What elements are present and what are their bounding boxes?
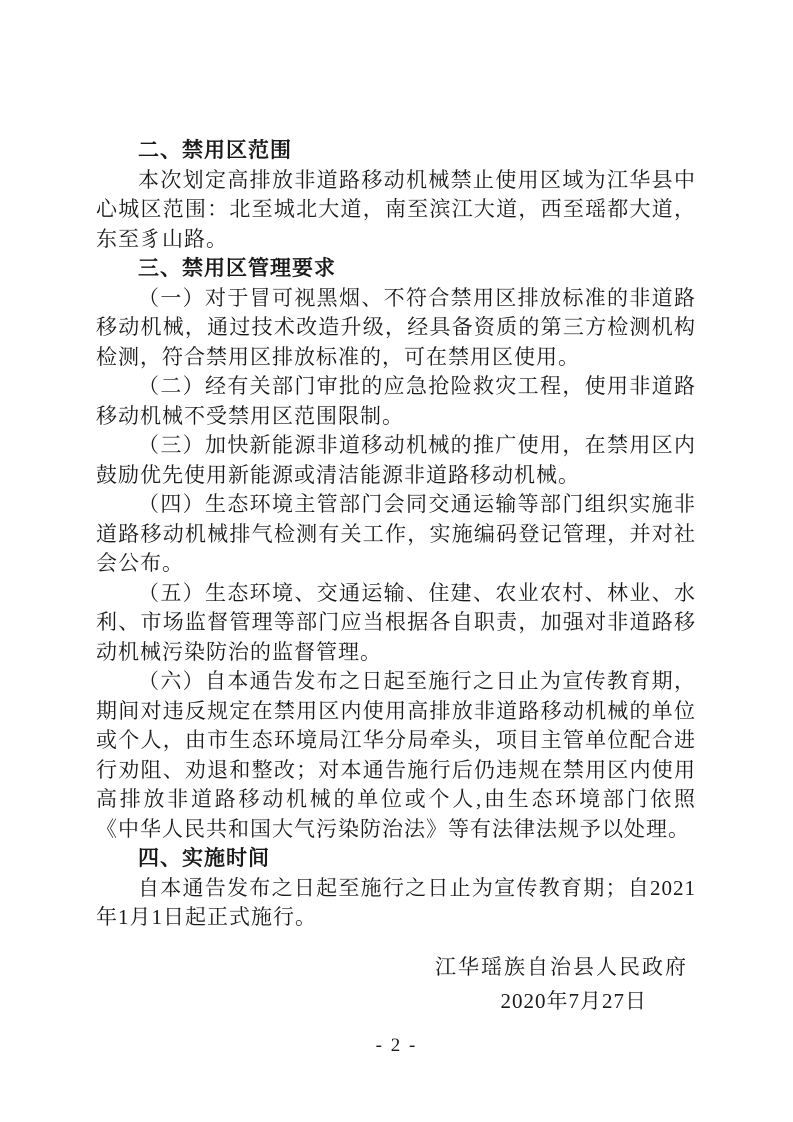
section-heading-implementation-time: 四、实施时间 [96,844,696,874]
page-number: - 2 - [0,1034,793,1058]
signature-date: 2020年7月27日 [501,987,648,1017]
document-page: 二、禁用区范围 本次划定高排放非道路移动机械禁止使用区域为江华县中心城区范围：北… [0,0,793,1122]
section-heading-forbidden-zone-scope: 二、禁用区范围 [96,136,696,166]
paragraph: （三）加快新能源非道移动机械的推广使用，在禁用区内鼓励优先使用新能源或清洁能源非… [96,431,696,490]
paragraph: 本次划定高排放非道路移动机械禁止使用区域为江华县中心城区范围：北至城北大道，南至… [96,166,696,255]
paragraph: （二）经有关部门审批的应急抢险救灾工程，使用非道路移动机械不受禁用区范围限制。 [96,372,696,431]
paragraph: （一）对于冒可视黑烟、不符合禁用区排放标准的非道路移动机械，通过技术改造升级，经… [96,284,696,373]
paragraph: （四）生态环境主管部门会同交通运输等部门组织实施非道路移动机械排气检测有关工作，… [96,490,696,579]
paragraph: （六）自本通告发布之日起至施行之日止为宣传教育期，期间对违反规定在禁用区内使用高… [96,667,696,844]
paragraph: （五）生态环境、交通运输、住建、农业农村、林业、水利、市场监督管理等部门应当根据… [96,579,696,668]
paragraph: 自本通告发布之日起至施行之日止为宣传教育期；自2021年1月1日起正式施行。 [96,874,696,933]
section-heading-management-requirements: 三、禁用区管理要求 [96,254,696,284]
document-body: 二、禁用区范围 本次划定高排放非道路移动机械禁止使用区域为江华县中心城区范围：北… [96,136,696,933]
signature-issuer: 江华瑶族自治县人民政府 [435,953,688,983]
